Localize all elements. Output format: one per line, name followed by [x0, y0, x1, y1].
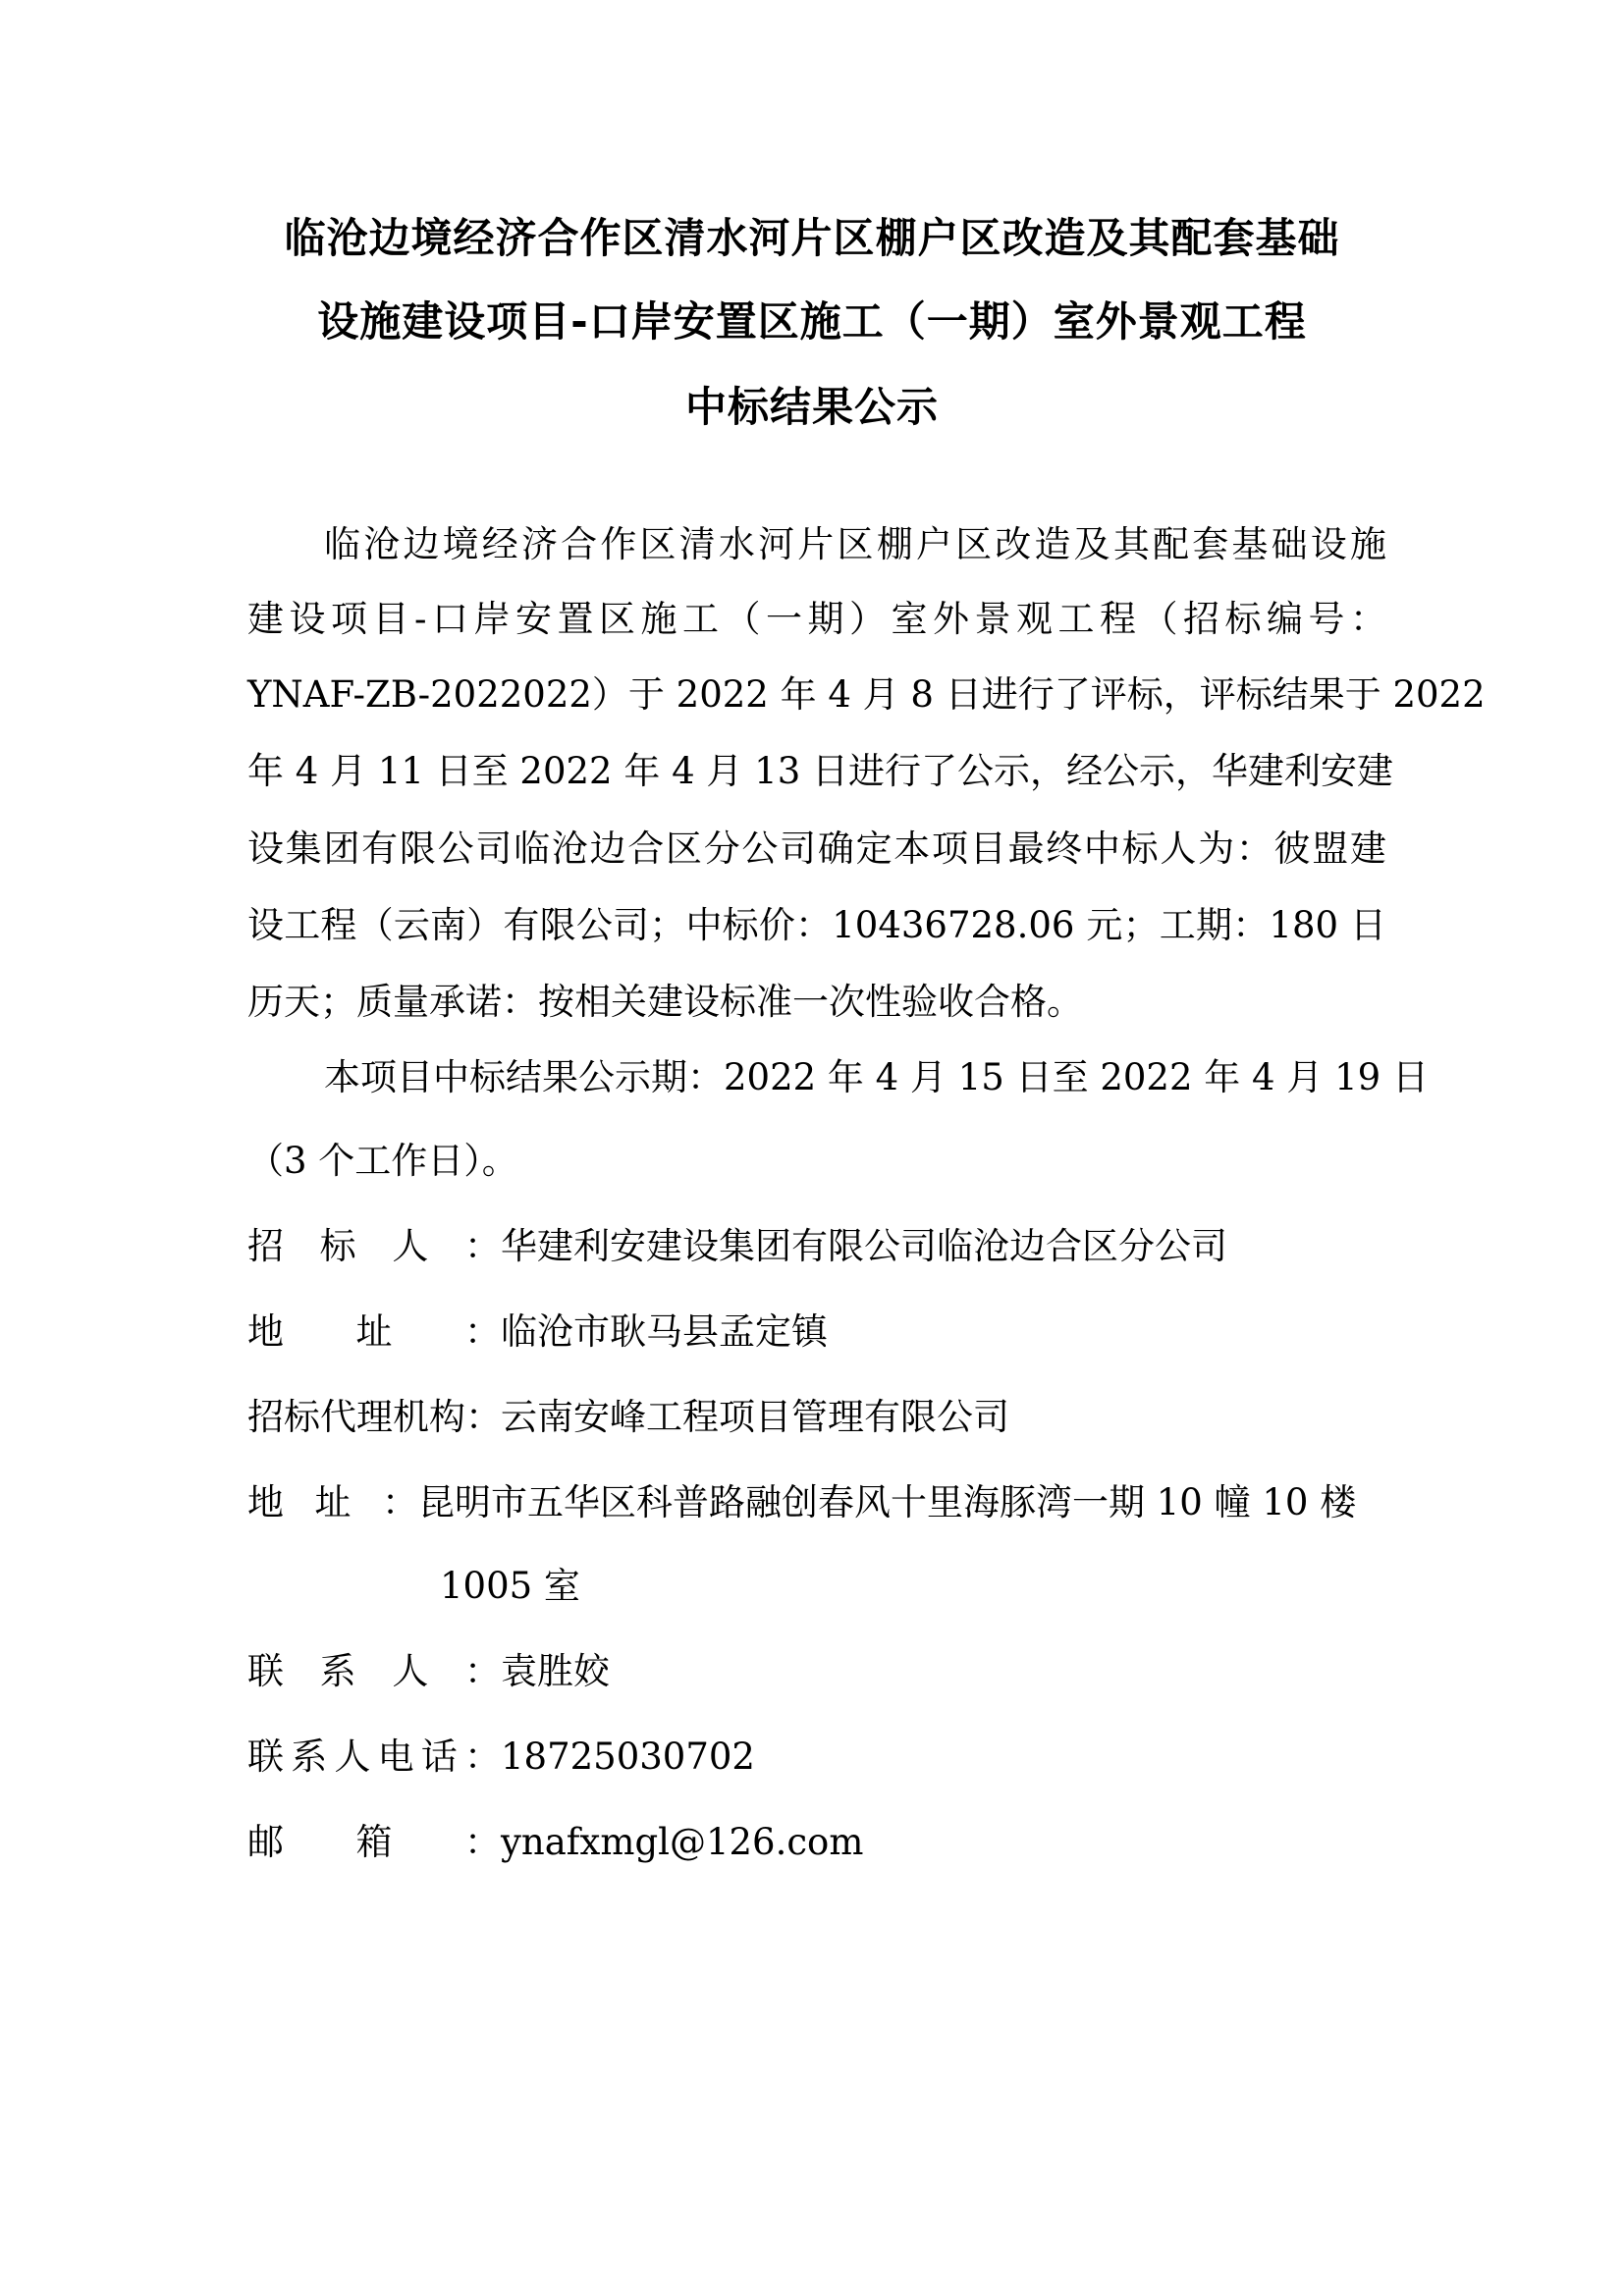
field-label: 招标代理机构：: [247, 1395, 501, 1440]
contact-phone-value: 18725030702: [501, 1735, 755, 1780]
field-label: 邮箱：: [247, 1820, 501, 1865]
email-value: ynafxmgl@126.com: [501, 1820, 863, 1865]
agency-address-value: 昆明市五华区科普路融创春风十里海豚湾一期 10 幢 10 楼: [418, 1480, 1356, 1525]
agency-field: 招标代理机构： 云南安峰工程项目管理有限公司: [247, 1395, 1009, 1440]
field-label: 地址：: [247, 1309, 501, 1355]
paragraph-line: 临沧边境经济合作区清水河片区棚户区改造及其配套基础设施: [324, 522, 1386, 567]
agency-address-field: 地址： 昆明市五华区科普路融创春风十里海豚湾一期 10 幢 10 楼: [247, 1480, 1356, 1525]
paragraph-line: YNAF-ZB-2022022）于 2022 年 4 月 8 日进行了评标，评标…: [247, 672, 1386, 718]
paragraph-line: 设集团有限公司临沧边合区分公司确定本项目最终中标人为：彼盟建: [247, 827, 1386, 872]
agency-address-continuation: 1005 室: [440, 1564, 580, 1609]
contact-phone-field: 联系人电话： 18725030702: [247, 1735, 755, 1780]
email-field: 邮箱： ynafxmgl@126.com: [247, 1820, 863, 1865]
paragraph-line: 历天；质量承诺：按相关建设标准一次性验收合格。: [247, 980, 1083, 1025]
document-title-line-3: 中标结果公示: [0, 383, 1624, 432]
document-title-line-1: 临沧边境经济合作区清水河片区棚户区改造及其配套基础: [0, 214, 1624, 263]
document-page: 临沧边境经济合作区清水河片区棚户区改造及其配套基础 设施建设项目-口岸安置区施工…: [0, 0, 1624, 2296]
field-label: 联系人：: [247, 1649, 501, 1694]
paragraph-line: 本项目中标结果公示期：2022 年 4 月 15 日至 2022 年 4 月 1…: [324, 1055, 1386, 1100]
contact-person-field: 联系人： 袁胜姣: [247, 1649, 610, 1694]
field-label: 地址：: [247, 1480, 418, 1525]
tenderer-value: 华建利安建设集团有限公司临沧边合区分公司: [501, 1224, 1227, 1269]
agency-value: 云南安峰工程项目管理有限公司: [501, 1395, 1009, 1440]
tenderer-address-field: 地址： 临沧市耿马县孟定镇: [247, 1309, 828, 1355]
paragraph-line: 年 4 月 11 日至 2022 年 4 月 13 日进行了公示，经公示，华建利…: [247, 749, 1386, 794]
tenderer-address-value: 临沧市耿马县孟定镇: [501, 1309, 828, 1355]
contact-person-value: 袁胜姣: [501, 1649, 610, 1694]
paragraph-line: 设工程（云南）有限公司；中标价：10436728.06 元；工期：180 日: [247, 903, 1386, 948]
field-label: 联系人电话：: [247, 1735, 501, 1780]
document-title-line-2: 设施建设项目-口岸安置区施工（一期）室外景观工程: [0, 297, 1624, 347]
field-label: 招标人：: [247, 1224, 501, 1269]
paragraph-line: 建设项目-口岸安置区施工（一期）室外景观工程（招标编号：: [247, 597, 1386, 642]
paragraph-line: （3 个工作日）。: [247, 1139, 518, 1184]
tenderer-field: 招标人： 华建利安建设集团有限公司临沧边合区分公司: [247, 1224, 1227, 1269]
